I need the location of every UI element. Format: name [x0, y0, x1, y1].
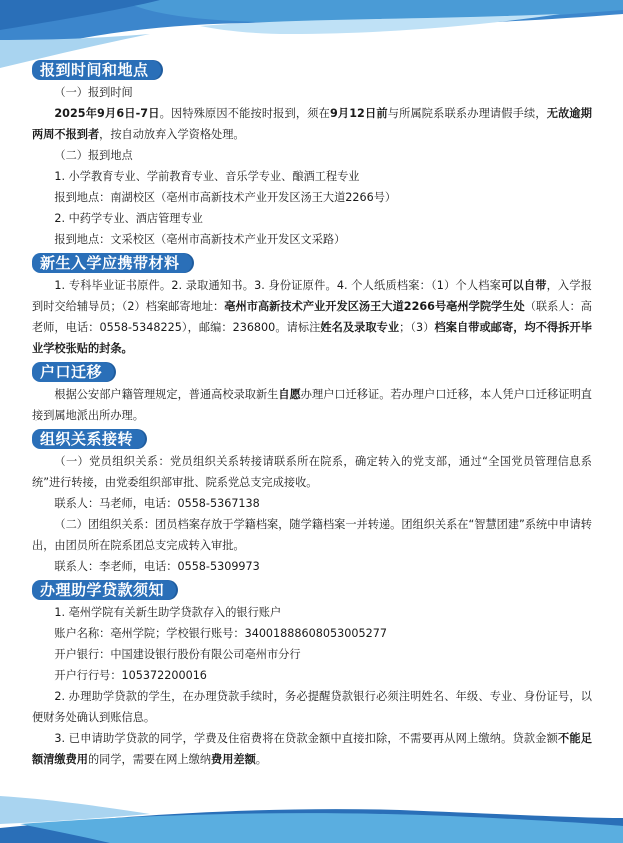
- emphasis: 费用差额: [211, 753, 256, 766]
- party-relation-paragraph: （一）党员组织关系：党员组织关系转接请联系所在院系，确定转入的党支部，通过“全国…: [32, 451, 592, 493]
- text: 的同学，需要在网上缴纳: [88, 753, 211, 766]
- text: 1. 专科毕业证书原件。2. 录取通知书。3. 身份证原件。4. 个人纸质档案：…: [54, 279, 501, 292]
- section-materials: 新生入学应携带材料 1. 专科毕业证书原件。2. 录取通知书。3. 身份证原件。…: [32, 251, 592, 359]
- league-contact: 联系人：李老师，电话：0558-5309973: [32, 556, 592, 577]
- section-title: 新生入学应携带材料: [32, 253, 192, 273]
- section-student-loan: 办理助学贷款须知 1. 亳州学院有关新生助学贷款存入的银行账户 账户名称：亳州学…: [32, 578, 592, 770]
- loan-item-3: 3. 已申请助学贷款的同学，学费及住宿费将在贷款金额中直接扣除，不需要再从网上缴…: [32, 728, 592, 770]
- section-household-transfer: 户口迁移 根据公安部户籍管理规定，普通高校录取新生自愿办理户口迁移证。若办理户口…: [32, 360, 592, 426]
- loan-item-1: 1. 亳州学院有关新生助学贷款存入的银行账户: [32, 602, 592, 623]
- emphasis: 可以自带: [501, 279, 547, 292]
- materials-paragraph: 1. 专科毕业证书原件。2. 录取通知书。3. 身份证原件。4. 个人纸质档案：…: [32, 275, 592, 359]
- subheading-time: （一）报到时间: [32, 82, 592, 103]
- text: 3. 已申请助学贷款的同学，学费及住宿费将在贷款金额中直接扣除，不需要再从网上缴…: [54, 732, 558, 745]
- deadline: 9月12日前: [330, 107, 388, 120]
- account-info: 账户名称：亳州学院；学校银行账号：34001888608053005277: [32, 623, 592, 644]
- document-body: 报到时间和地点 （一）报到时间 2025年9月6日-7日。因特殊原因不能按时报到…: [32, 58, 592, 771]
- report-time-paragraph: 2025年9月6日-7日。因特殊原因不能按时报到，须在9月12日前与所属院系联系…: [32, 103, 592, 145]
- bank-number: 开户行行号：105372200016: [32, 665, 592, 686]
- emphasis: 自愿: [278, 388, 300, 401]
- section-organization-transfer: 组织关系接转 （一）党员组织关系：党员组织关系转接请联系所在院系，确定转入的党支…: [32, 427, 592, 577]
- location-1-majors: 1. 小学教育专业、学前教育专业、音乐学专业、酿酒工程专业: [32, 166, 592, 187]
- household-paragraph: 根据公安部户籍管理规定，普通高校录取新生自愿办理户口迁移证。若办理户口迁移，本人…: [32, 384, 592, 426]
- text: 。: [256, 753, 267, 766]
- section-report-time-place: 报到时间和地点 （一）报到时间 2025年9月6日-7日。因特殊原因不能按时报到…: [32, 58, 592, 250]
- location-2-address: 报到地点：文采校区（亳州市高新技术产业开发区文采路）: [32, 229, 592, 250]
- date-range: 2025年9月6日-7日: [54, 107, 159, 120]
- mailing-address: 亳州市高新技术产业开发区汤王大道2266号亳州学院学生处: [224, 300, 524, 313]
- text: ，按自动放弃入学资格处理。: [99, 128, 244, 141]
- text: ；（3）: [399, 321, 434, 334]
- league-relation-paragraph: （二）团组织关系：团员档案存放于学籍档案，随学籍档案一并转递。团组织关系在“智慧…: [32, 514, 592, 556]
- section-title: 报到时间和地点: [32, 60, 161, 80]
- section-title: 组织关系接转: [32, 429, 145, 449]
- text: 与所属院系联系办理请假手续，: [388, 107, 547, 120]
- text: 根据公安部户籍管理规定，普通高校录取新生: [54, 388, 278, 401]
- loan-item-2: 2. 办理助学贷款的学生，在办理贷款手续时，务必提醒贷款银行必须注明姓名、年级、…: [32, 686, 592, 728]
- subheading-place: （二）报到地点: [32, 145, 592, 166]
- emphasis: 姓名及录取专业: [320, 321, 399, 334]
- location-1-address: 报到地点：南湖校区（亳州市高新技术产业开发区汤王大道2266号）: [32, 187, 592, 208]
- section-title: 办理助学贷款须知: [32, 580, 176, 600]
- party-contact: 联系人：马老师，电话：0558-5367138: [32, 493, 592, 514]
- bottom-wave-decoration: [0, 788, 623, 843]
- location-2-majors: 2. 中药学专业、酒店管理专业: [32, 208, 592, 229]
- bank-name: 开户银行：中国建设银行股份有限公司亳州市分行: [32, 644, 592, 665]
- section-title: 户口迁移: [32, 362, 114, 382]
- text: 。因特殊原因不能按时报到，须在: [160, 107, 330, 120]
